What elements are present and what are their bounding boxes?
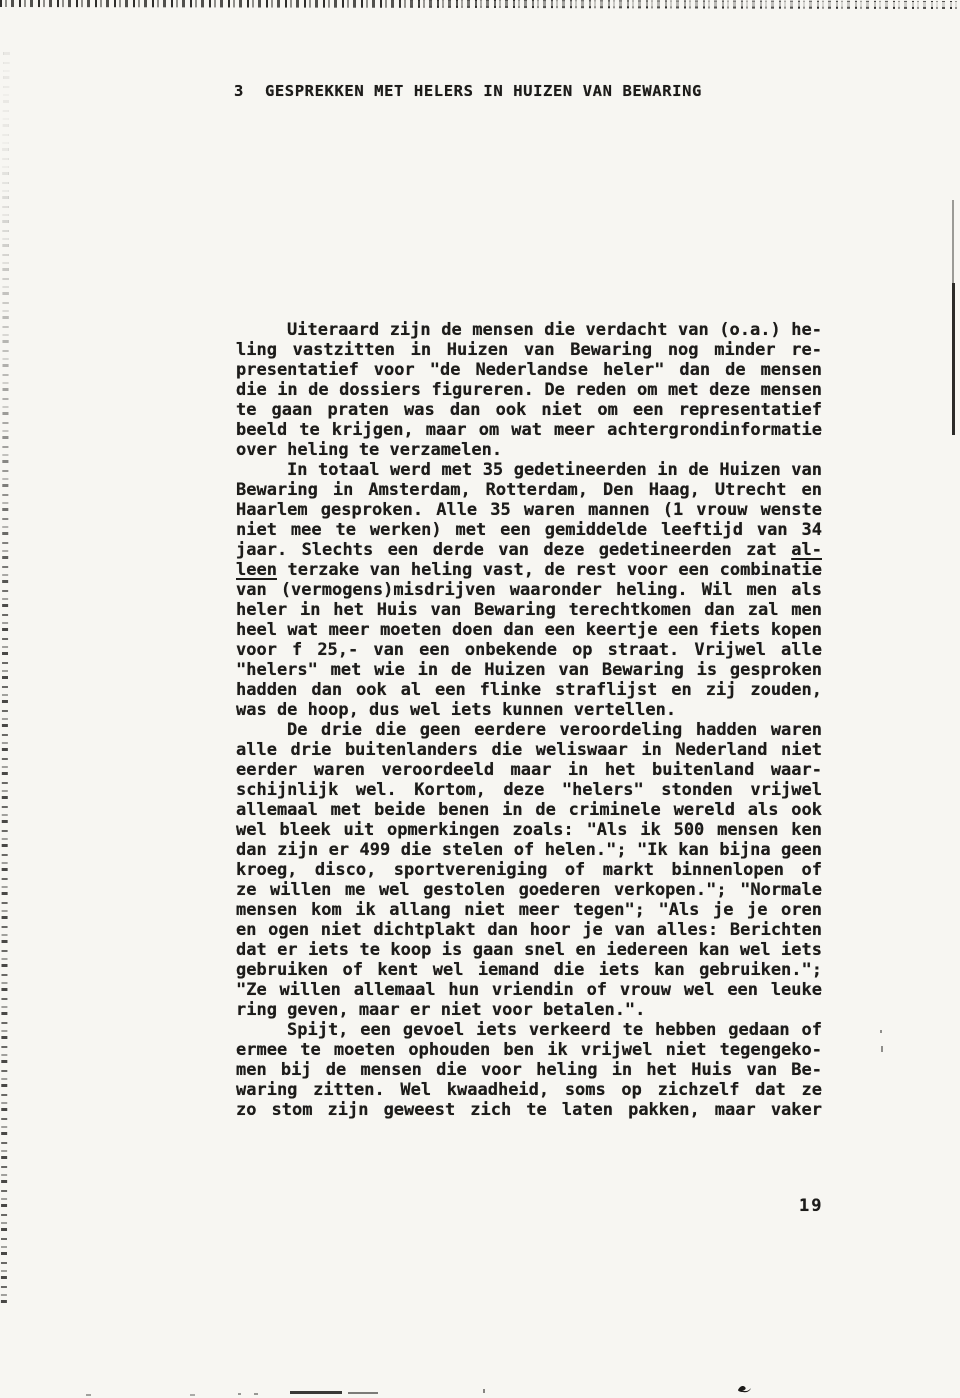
- scan-noise-top-edge: [0, 0, 960, 9]
- text-line: eerder waren veroordeeld maar in het bui…: [236, 760, 822, 780]
- text-line: voor f 25,- van een onbekende op straat.…: [236, 640, 822, 660]
- text-line: Haarlem gesproken. Alle 35 waren mannen …: [236, 500, 822, 520]
- text-line: kroeg, disco, sportvereniging of markt b…: [236, 860, 822, 880]
- page-number: 19: [799, 1196, 823, 1216]
- scan-streak-right-light: [952, 200, 954, 284]
- text-line: Bewaring in Amsterdam, Rotterdam, Den Ha…: [236, 480, 822, 500]
- text-line: Uiteraard zijn de mensen die verdacht va…: [236, 320, 822, 340]
- text-line: "Ze willen allemaal hun vriendin of vrou…: [236, 980, 822, 1000]
- text-line: gebruiken of kent wel iemand die iets ka…: [236, 960, 822, 980]
- text-line: te gaan praten was dan ook niet om een r…: [236, 400, 822, 420]
- text-line: De drie die geen eerdere veroordeling ha…: [236, 720, 822, 740]
- text-line: over heling te verzamelen.: [236, 440, 822, 460]
- text-line: zo stom zijn geweest zich te laten pakke…: [236, 1100, 822, 1120]
- scan-speck: [190, 1394, 195, 1396]
- text-line: heler in het Huis van Bewaring terechtko…: [236, 600, 822, 620]
- text-line: "helers" met wie in de Huizen van Bewari…: [236, 660, 822, 680]
- text-line: hadden dan ook al een flinke straflijst …: [236, 680, 822, 700]
- scan-speck: [254, 1393, 258, 1395]
- scan-speck: [238, 1393, 241, 1395]
- text-line: dan zijn er 499 die stelen of helen."; "…: [236, 840, 822, 860]
- scan-speck: [86, 1394, 91, 1396]
- text-line: ermee te moeten ophouden ben ik vrijwel …: [236, 1040, 822, 1060]
- scan-speck: [881, 1046, 883, 1052]
- scan-noise-left-edge: [1, 48, 9, 1303]
- text-line: presentatief voor "de Nederlandse heler"…: [236, 360, 822, 380]
- body-text: Uiteraard zijn de mensen die verdacht va…: [236, 320, 822, 1120]
- text-line: ring geven, maar er niet voor betalen.".: [236, 1000, 822, 1020]
- text-line: heel wat meer moeten doen dan een keertj…: [236, 620, 822, 640]
- text-line: ling vastzitten in Huizen van Bewaring n…: [236, 340, 822, 360]
- text-line: niet mee te werken) met een gemiddelde l…: [236, 520, 822, 540]
- text-line: die in de dossiers figureren. De reden o…: [236, 380, 822, 400]
- document-page: 3GESPREKKEN MET HELERS IN HUIZEN VAN BEW…: [0, 0, 960, 1398]
- chapter-title: GESPREKKEN MET HELERS IN HUIZEN VAN BEWA…: [265, 82, 702, 100]
- text-line: dat er iets te koop is gaan snel en iede…: [236, 940, 822, 960]
- ink-smudge: [736, 1384, 753, 1393]
- text-line: van (vermogens)misdrijven waaronder heli…: [236, 580, 822, 600]
- underlined-text: leen: [236, 560, 277, 580]
- text-line: allemaal met beide benen in de criminele…: [236, 800, 822, 820]
- text-line: schijnlijk wel. Kortom, deze "helers" st…: [236, 780, 822, 800]
- text-line: jaar. Slechts een derde van deze gedetin…: [236, 540, 822, 560]
- scan-speck: [880, 1030, 882, 1033]
- text-line: beeld te krijgen, maar om wat meer achte…: [236, 420, 822, 440]
- scan-speck: [483, 1389, 485, 1393]
- text-line: Spijt, een gevoel iets verkeerd te hebbe…: [236, 1020, 822, 1040]
- underlined-text: al-: [791, 540, 822, 560]
- scan-streak-right-dark: [952, 283, 955, 435]
- text-line: was de hoop, dus wel iets kunnen vertell…: [236, 700, 822, 720]
- scan-speck: [290, 1391, 342, 1394]
- chapter-number: 3: [234, 82, 244, 100]
- text-line: wel bleek uit opmerkingen zoals: "Als ik…: [236, 820, 822, 840]
- text-line: ze willen me wel gestolen goederen verko…: [236, 880, 822, 900]
- text-line: mensen kom ik allang niet meer tegen"; "…: [236, 900, 822, 920]
- text-line: men bij de mensen die voor heling in het…: [236, 1060, 822, 1080]
- text-line: In totaal werd met 35 gedetineerden in d…: [236, 460, 822, 480]
- text-line: waring zitten. Wel kwaadheid, soms op zi…: [236, 1080, 822, 1100]
- chapter-heading: 3GESPREKKEN MET HELERS IN HUIZEN VAN BEW…: [234, 82, 702, 100]
- text-line: en ogen niet dichtplakt dan hoor je van …: [236, 920, 822, 940]
- text-line: leen terzake van heling vast, de rest vo…: [236, 560, 822, 580]
- scan-speck: [348, 1392, 378, 1394]
- text-line: alle drie buitenlanders die weliswaar in…: [236, 740, 822, 760]
